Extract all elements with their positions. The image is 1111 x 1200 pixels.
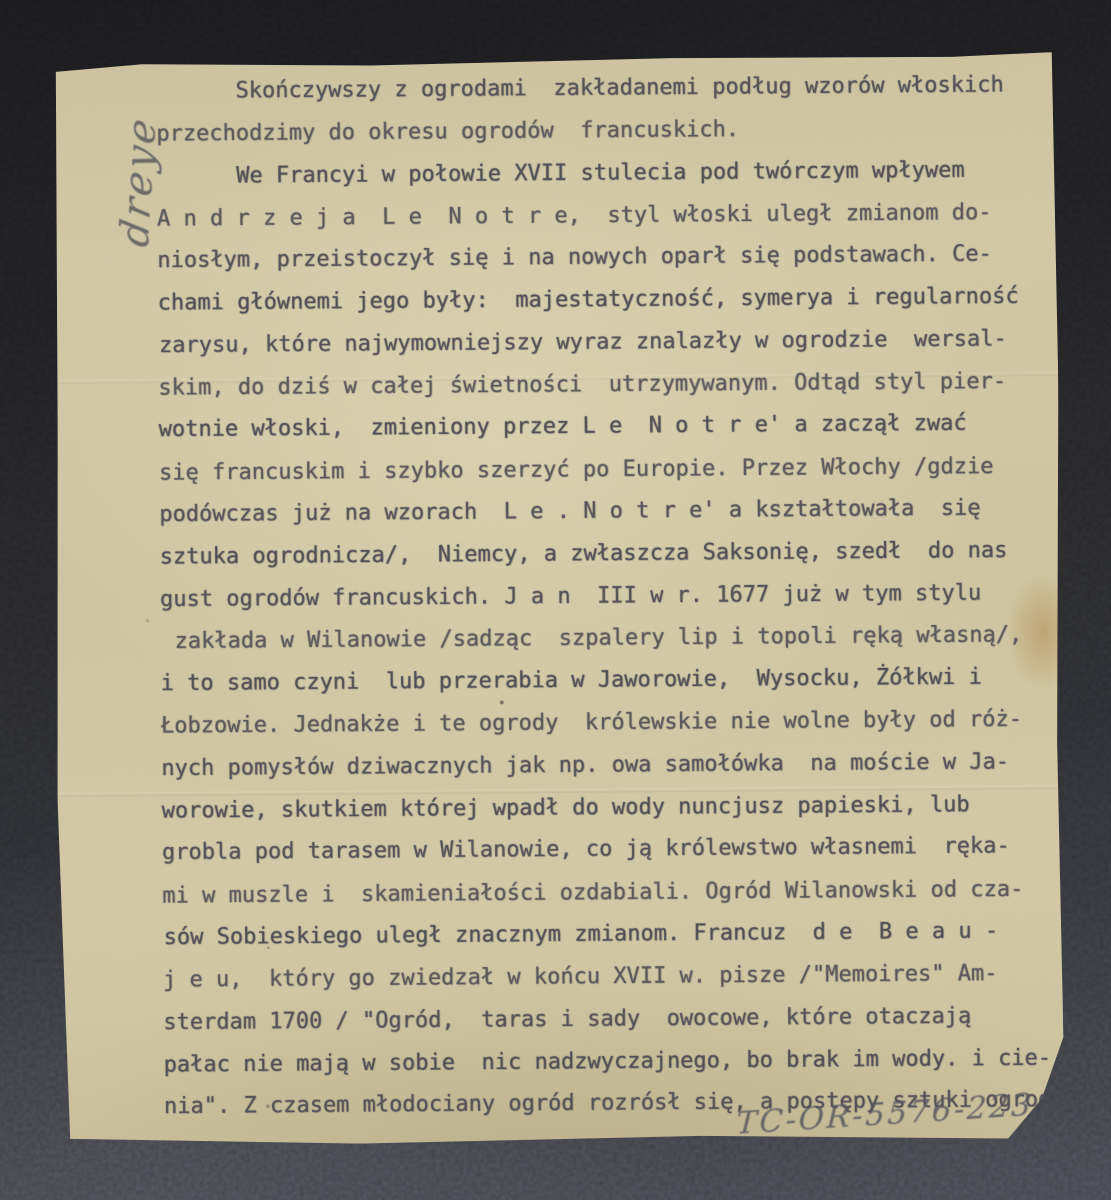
paper-speck [146, 619, 149, 622]
typed-line: niosłym, przeistoczył się i na nowych op… [157, 233, 1057, 282]
typed-text-block: Skończywszy z ogrodami zakładanemi podłu… [156, 64, 1064, 1128]
document-page: Skończywszy z ogrodami zakładanemi podłu… [52, 52, 1065, 1148]
typed-line: podówczas już na wzorach L e . N o t r e… [159, 487, 1059, 536]
typed-line: zarysu, które najwymowniejszy wyraz znal… [159, 318, 1059, 367]
scan-background-mat: Skończywszy z ogrodami zakładanemi podłu… [0, 0, 1111, 1200]
typed-line: nych pomysłów dziwacznych jak np. owa sa… [161, 741, 1061, 790]
margin-note-handwriting: dreye [112, 112, 166, 251]
typed-line: wotnie włoski, zmieniony przez L e N o t… [158, 402, 1058, 451]
typed-line: Skończywszy z ogrodami zakładanemi podłu… [156, 64, 1056, 113]
typed-line: sów Sobieskiego uległ znacznym zmianom. … [163, 910, 1063, 959]
typed-line: i to samo czyni lub przerabia w Jaworowi… [160, 656, 1060, 705]
typed-line: grobla pod tarasem w Wilanowie, co ją kr… [162, 825, 1062, 874]
typed-line: zakłada w Wilanowie /sadząc szpalery lip… [161, 614, 1061, 663]
typed-line: sterdam 1700 / "Ogród, taras i sady owoc… [163, 995, 1063, 1044]
typed-line: gust ogrodów francuskich. J a n III w r.… [160, 572, 1060, 621]
typed-line: We Francyi w połowie XVII stulecia pod t… [156, 149, 1056, 198]
